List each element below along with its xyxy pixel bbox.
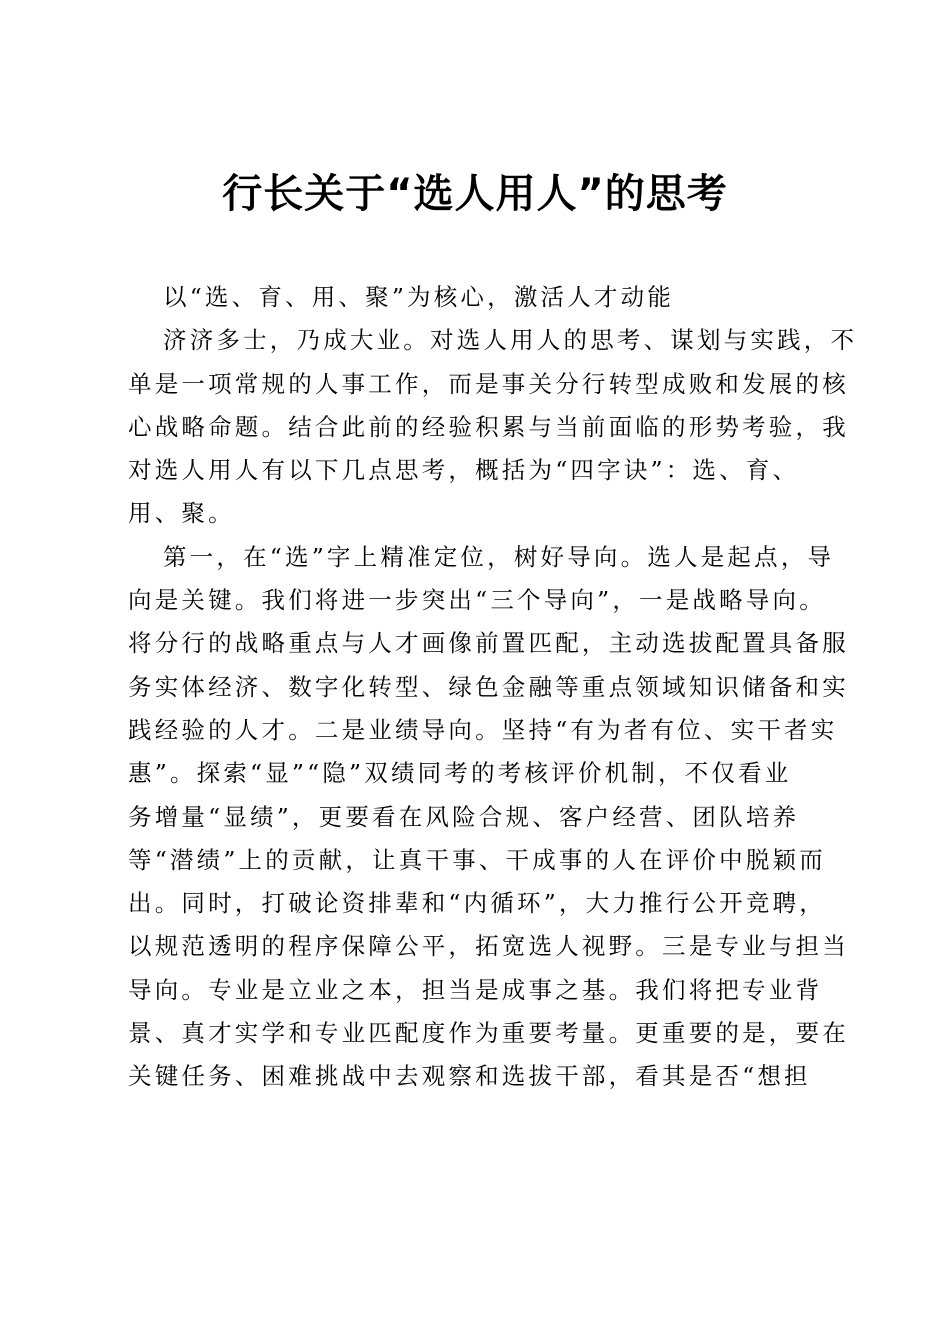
- text-line: 践经验的人才。二是业绩导向。坚持“有为者有位、实干者实: [128, 709, 828, 752]
- text-line: 关键任务、困难挑战中去观察和选拔干部，看其是否“想担: [128, 1055, 828, 1098]
- text-line: 以规范透明的程序保障公平，拓宽选人视野。三是专业与担当: [128, 925, 828, 968]
- document-body: 以“选、育、用、聚”为核心，激活人才动能济济多士，乃成大业。对选人用人的思考、谋…: [128, 276, 828, 1099]
- document-page: 行长关于“选人用人”的思考 以“选、育、用、聚”为核心，激活人才动能济济多士，乃…: [0, 0, 950, 1344]
- text-line: 务增量“显绩”，更要看在风险合规、客户经营、团队培养: [128, 796, 828, 839]
- text-line: 将分行的战略重点与人才画像前置匹配，主动选拔配置具备服: [128, 622, 828, 665]
- text-line: 务实体经济、数字化转型、绿色金融等重点领域知识储备和实: [128, 666, 828, 709]
- text-line: 等“潜绩”上的贡献，让真干事、干成事的人在评价中脱颖而: [128, 839, 828, 882]
- text-line: 导向。专业是立业之本，担当是成事之基。我们将把专业背: [128, 969, 828, 1012]
- text-line: 用、聚。: [128, 492, 828, 535]
- text-line: 出。同时，打破论资排辈和“内循环”，大力推行公开竞聘，: [128, 882, 828, 925]
- text-line: 心战略命题。结合此前的经验积累与当前面临的形势考验，我: [128, 406, 828, 449]
- text-line: 对选人用人有以下几点思考，概括为“四字诀”：选、育、: [128, 449, 828, 492]
- text-line: 第一，在“选”字上精准定位，树好导向。选人是起点，导: [128, 536, 828, 579]
- text-line: 济济多士，乃成大业。对选人用人的思考、谋划与实践，不: [128, 319, 828, 362]
- text-line: 向是关键。我们将进一步突出“三个导向”，一是战略导向。: [128, 579, 828, 622]
- text-line: 惠”。探索“显”“隐”双绩同考的考核评价机制，不仅看业: [128, 752, 828, 795]
- document-title: 行长关于“选人用人”的思考: [0, 168, 950, 220]
- text-line: 以“选、育、用、聚”为核心，激活人才动能: [128, 276, 828, 319]
- text-line: 景、真才实学和专业匹配度作为重要考量。更重要的是，要在: [128, 1012, 828, 1055]
- text-line: 单是一项常规的人事工作，而是事关分行转型成败和发展的核: [128, 363, 828, 406]
